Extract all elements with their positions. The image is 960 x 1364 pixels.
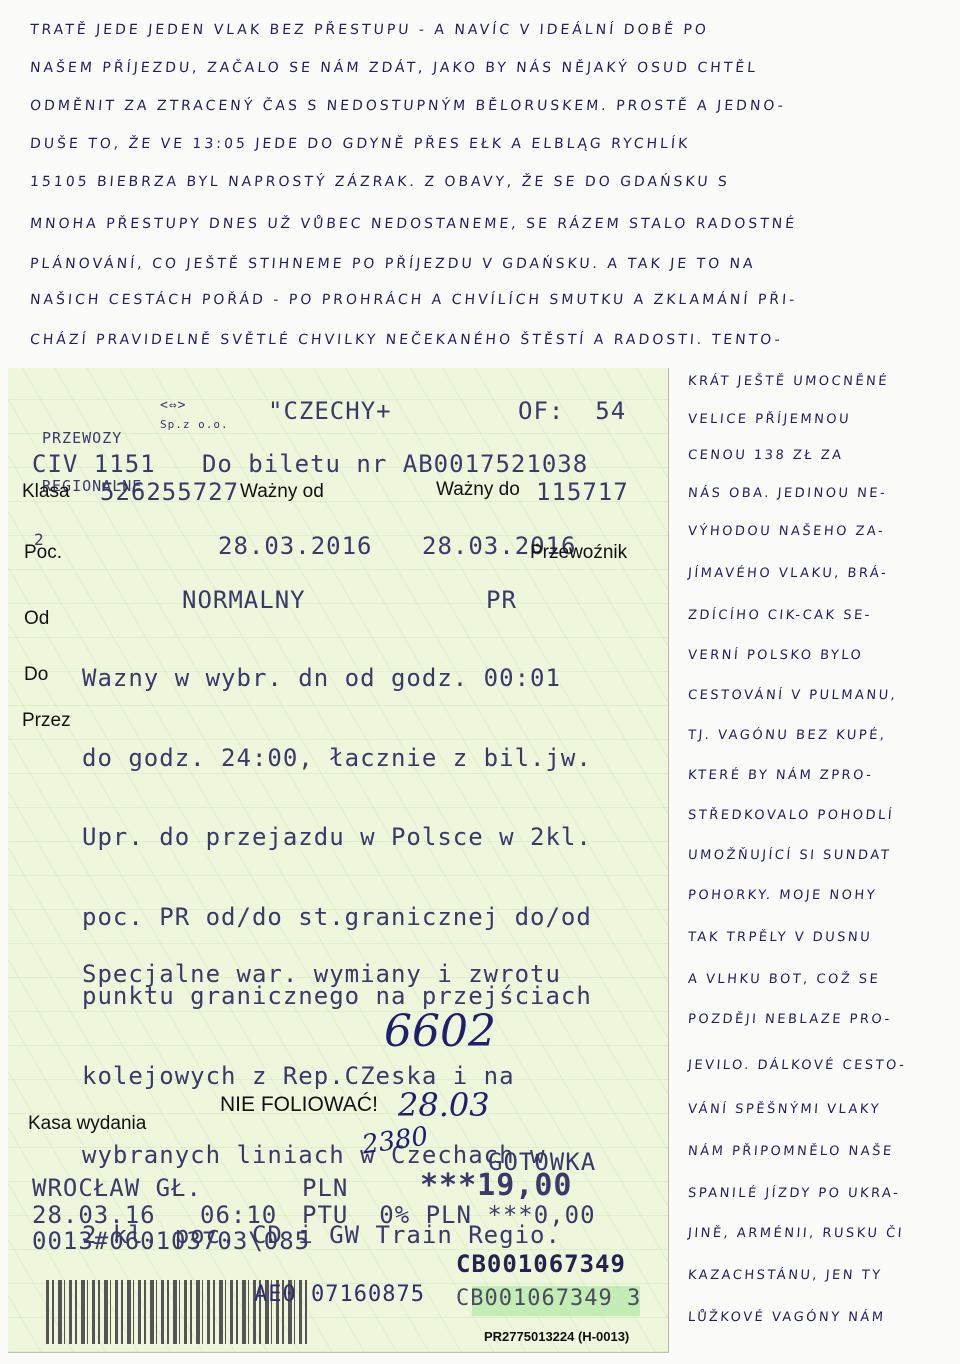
issue-time: 06:10 bbox=[200, 1201, 277, 1229]
label-poc: Poc. bbox=[24, 542, 62, 564]
condition-line: Wazny w wybr. dn od godz. 00:01 bbox=[82, 665, 592, 692]
handwritten-line: Kazachstánu, jen ty bbox=[687, 1268, 883, 1283]
condition-line: do godz. 24:00, łacznie z bil.jw. bbox=[82, 745, 592, 772]
vat-line: PTU 0% PLN ***0,00 bbox=[302, 1201, 596, 1229]
form-number: PR2775013224 (H-0013) bbox=[484, 1329, 629, 1344]
special-conditions: Specjalne war. wymiany i zwrotu bbox=[82, 960, 561, 988]
handwritten-line: nás oba. Jedinou ne- bbox=[687, 486, 887, 501]
issue-date: 28.03.16 bbox=[32, 1201, 156, 1229]
offer-code: OF: 54 bbox=[518, 397, 626, 425]
issuing-station: WROCŁAW GŁ. bbox=[32, 1174, 202, 1202]
handwritten-line: verní Polsko bylo bbox=[687, 648, 863, 663]
condition-line: Upr. do przejazdu w Polsce w 2kl. bbox=[82, 824, 592, 851]
handwritten-line: umožňující si sundat bbox=[687, 848, 891, 863]
handwritten-line: cenou 138 zł za bbox=[687, 448, 844, 463]
handwritten-line: velice příjemnou bbox=[687, 412, 851, 427]
carrier-legal-form: Sp.z o.o. bbox=[160, 418, 229, 431]
handwritten-line: pohorky. Moje nohy bbox=[687, 888, 877, 903]
carrier-logo-icon: <⇔> bbox=[160, 398, 186, 413]
condition-line: kolejowych z Rep.CZeska i na bbox=[82, 1063, 592, 1090]
handwritten-line: výhodou našeho za- bbox=[687, 524, 885, 539]
handwritten-line: mnoha přestupy dnes už vůbec nedostaneme… bbox=[29, 216, 797, 232]
handwritten-line: duše to, že ve 13:05 jede do Gdyně přes … bbox=[29, 136, 690, 152]
label-nie-foliowac: NIE FOLIOWAĆ! bbox=[220, 1093, 378, 1117]
handwritten-line: Tratě jede jeden vlak bez přestupu - a n… bbox=[29, 22, 709, 38]
handwritten-line: jímavého vlaku, brá- bbox=[687, 566, 888, 581]
label-od: Od bbox=[24, 608, 49, 630]
handwritten-note: 28.03 bbox=[398, 1086, 490, 1124]
handwritten-line: které by nám zpro- bbox=[687, 768, 873, 783]
ticket-number: 526255727 bbox=[100, 478, 239, 506]
label-do: Do bbox=[24, 664, 48, 686]
handwritten-line: krát ještě umocněné bbox=[687, 374, 889, 389]
carrier-code: PR bbox=[486, 586, 517, 614]
serial-number: CB001067349 bbox=[456, 1250, 626, 1278]
handwritten-line: tak trpěly v dusnu bbox=[687, 930, 872, 945]
handwritten-line: chází pravidelně světlé chvilky nečekané… bbox=[29, 332, 783, 348]
handwritten-line: tj. vagónu bez kupé, bbox=[687, 728, 887, 743]
currency: PLN bbox=[302, 1174, 348, 1202]
handwritten-line: jině, Arménii, Rusku či bbox=[687, 1226, 904, 1241]
wazny-do-number: 115717 bbox=[536, 478, 629, 506]
label-klasa: Klasa bbox=[22, 481, 70, 503]
label-przewoznik: Przewoźnik bbox=[530, 542, 627, 564]
label-przez: Przez bbox=[22, 710, 71, 732]
label-kasa-wydania: Kasa wydania bbox=[28, 1113, 146, 1135]
barcode-text: AE0 07160875 bbox=[254, 1282, 425, 1307]
handwritten-line: nám připomnělo naše bbox=[687, 1144, 894, 1159]
handwritten-line: lůžkové vagóny nám bbox=[687, 1310, 886, 1325]
valid-from-date: 28.03.2016 bbox=[218, 532, 373, 560]
handwritten-line: jevilo. Dálkové cesto- bbox=[687, 1058, 906, 1073]
ticket-price: ***19,00 bbox=[420, 1168, 573, 1203]
handwritten-line: 15105 Biebrza byl naprostý zázrak. Z oba… bbox=[29, 174, 730, 190]
handwritten-line: našich cestách pořád - po prohrách a chv… bbox=[29, 292, 797, 308]
handwritten-line: našem příjezdu, začalo se nám zdát, jako… bbox=[29, 60, 758, 76]
civ-ticket-reference: CIV 1151 Do biletu nr AB0017521038 bbox=[32, 450, 588, 478]
handwritten-line: středkovalo pohodlí bbox=[687, 808, 894, 823]
serial-number-overprint: CB001067349 3 bbox=[456, 1286, 641, 1311]
label-wazny-do: Ważny do bbox=[436, 479, 520, 501]
label-wazny-od: Ważny od bbox=[240, 481, 324, 503]
offer-name: "CZECHY+ bbox=[268, 397, 392, 425]
handwritten-line: spanilé jízdy po Ukra- bbox=[687, 1186, 900, 1201]
handwritten-line: cestování v pulmanu, bbox=[687, 688, 897, 703]
handwritten-line: odměnit za ztracený čas s nedostupným Bě… bbox=[29, 98, 786, 114]
condition-line: poc. PR od/do st.granicznej do/od bbox=[82, 904, 592, 931]
handwritten-line: zdícího cik-cak se- bbox=[687, 608, 872, 623]
handwritten-line: vání spěšnými vlaky bbox=[687, 1102, 881, 1117]
handwritten-note: 6602 bbox=[384, 1006, 496, 1057]
tariff-name: NORMALNY bbox=[182, 586, 306, 614]
terminal-code: 0013#060103703\085 bbox=[32, 1227, 310, 1255]
handwritten-line: a vlhku bot, což se bbox=[687, 972, 880, 987]
handwritten-line: plánování, co ještě stihneme po příjezdu… bbox=[29, 256, 756, 272]
carrier-name-line1: PRZEWOZY bbox=[42, 430, 142, 446]
handwritten-line: později neblaze pro- bbox=[687, 1012, 892, 1027]
